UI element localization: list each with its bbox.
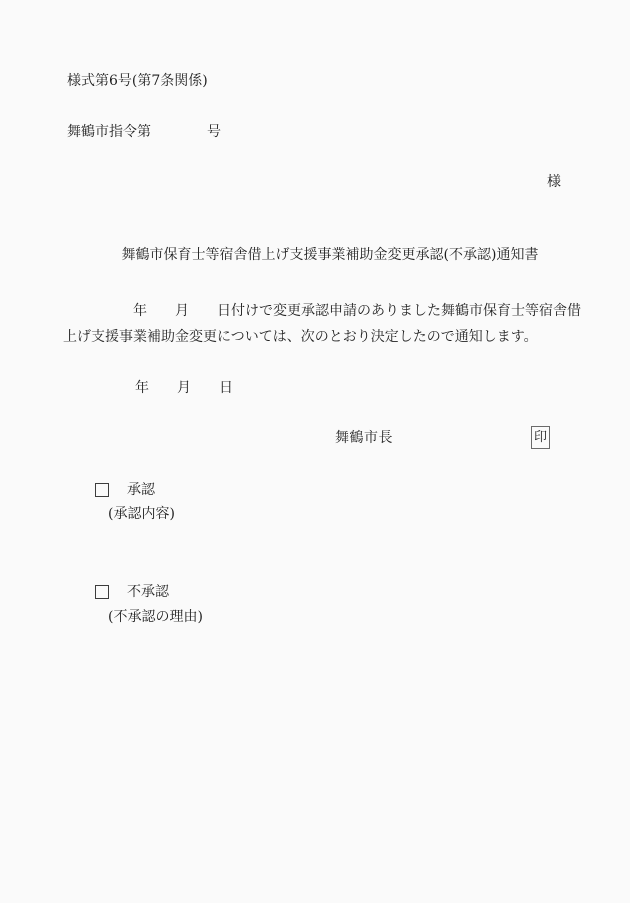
seal-box: 印 bbox=[531, 426, 550, 449]
approval-option-row: 承認 bbox=[95, 482, 155, 499]
directive-number-line: 舞鶴市指令第 号 bbox=[67, 124, 221, 141]
denial-option-row: 不承認 bbox=[95, 584, 169, 601]
form-number: 様式第6号(第7条関係) bbox=[67, 73, 208, 90]
denial-detail-label: (不承認の理由) bbox=[108, 609, 203, 626]
denial-checkbox-icon bbox=[95, 585, 109, 599]
document-page: 様式第6号(第7条関係) 舞鶴市指令第 号 様 舞鶴市保育士等宿舎借上げ支援事業… bbox=[0, 0, 630, 903]
document-title: 舞鶴市保育士等宿舎借上げ支援事業補助金変更承認(不承認)通知書 bbox=[0, 247, 630, 264]
issue-date-line: 年 月 日 bbox=[135, 380, 233, 397]
addressee-honorific: 様 bbox=[547, 174, 561, 191]
approval-checkbox-icon bbox=[95, 483, 109, 497]
seal-label: 印 bbox=[534, 430, 547, 445]
denial-option-label: 不承認 bbox=[127, 584, 169, 601]
issuer-name: 舞鶴市長 bbox=[335, 430, 393, 447]
body-paragraph-line-1: 年 月 日付けで変更承認申請のありました舞鶴市保育士等宿舎借 bbox=[63, 303, 581, 320]
body-paragraph-line-2: 上げ支援事業補助金変更については、次のとおり決定したので通知します。 bbox=[63, 329, 538, 346]
approval-option-label: 承認 bbox=[127, 482, 155, 499]
approval-detail-label: (承認内容) bbox=[108, 506, 175, 523]
